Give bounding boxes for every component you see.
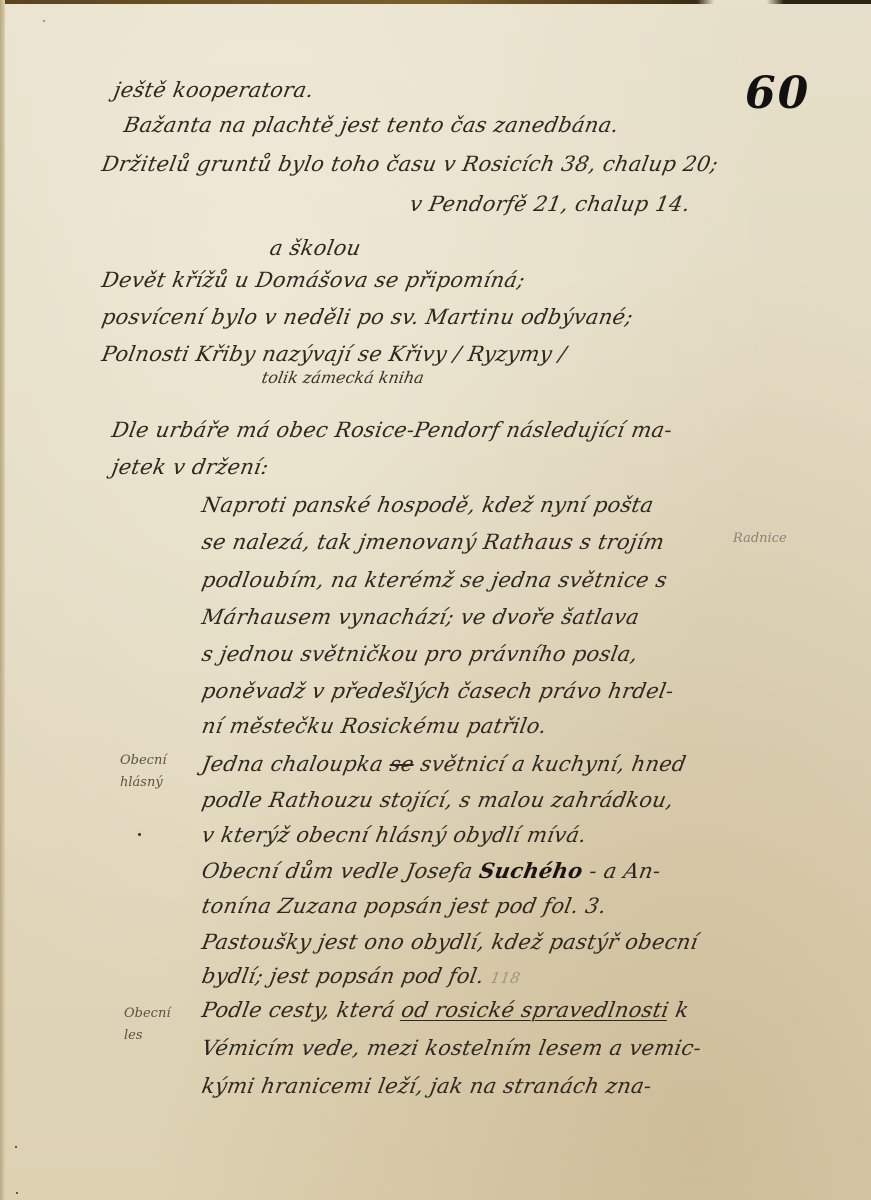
text-segment: světnicí a kuchyní, hned: [412, 752, 688, 776]
margin-note-line: Obecní: [120, 750, 166, 772]
text-line: v kterýž obecní hlásný obydlí mívá.: [200, 823, 588, 847]
margin-note-line: Obecní: [124, 1003, 170, 1025]
emphasized-name: Suchého: [477, 858, 585, 883]
page-number: 60: [745, 68, 810, 119]
text-line: Dle urbáře má obec Rosice-Pendorf násled…: [110, 418, 674, 442]
text-line: Pastoušky jest ono obydlí, kdež pastýř o…: [200, 930, 700, 954]
text-line: Obecní dům vedle Josefa Suchého - a An-: [200, 858, 663, 883]
text-line: kými hranicemi leží, jak na stranách zna…: [200, 1074, 654, 1098]
text-line: Podle cesty, která od rosické spravedlno…: [200, 998, 691, 1022]
text-line: se nalezá, tak jmenovaný Rathaus s trojí…: [200, 530, 666, 554]
text-segment: k: [667, 998, 691, 1022]
margin-note-line: les: [124, 1025, 170, 1047]
text-line: bydlí; jest popsán pod fol. 118: [200, 964, 523, 988]
text-line: Držitelů gruntů bylo toho času v Rosicíc…: [100, 152, 720, 176]
text-line: ještě kooperatora.: [112, 78, 316, 102]
margin-note-line: Radnice: [733, 528, 787, 550]
text-line: Polnosti Křiby nazývají se Křivy / Ryzym…: [100, 342, 568, 366]
ink-speck: [138, 833, 141, 836]
manuscript-page: 60 ještě kooperatora. Bažanta na plachtě…: [0, 0, 871, 1200]
text-line: ní městečku Rosickému patřilo.: [200, 714, 549, 738]
text-line: poněvadž v předešlých časech právo hrdel…: [200, 679, 676, 703]
underlined-phrase: od rosické spravedlnosti: [400, 998, 671, 1022]
text-line: Naproti panské hospodě, kdež nyní pošta: [200, 493, 656, 517]
text-line: tonína Zuzana popsán jest pod fol. 3.: [200, 894, 608, 918]
text-line: v Pendorfě 21, chalup 14.: [408, 192, 692, 216]
text-line: podloubím, na kterémž se jedna světnice …: [200, 568, 669, 592]
margin-note-obecni-les: Obecní les: [124, 1003, 170, 1047]
page-top-edge: [0, 0, 871, 4]
text-segment: Obecní dům vedle Josefa: [200, 859, 482, 883]
text-line: jetek v držení:: [110, 455, 271, 479]
ink-speck: [16, 1192, 18, 1194]
text-line: a školou: [268, 236, 363, 260]
page-left-edge: [0, 0, 5, 1200]
margin-note-radnice: Radnice: [733, 528, 787, 550]
margin-note-line: hlásný: [120, 772, 166, 794]
text-line: posvícení bylo v neděli po sv. Martinu o…: [100, 305, 635, 329]
text-line: Vémicím vede, mezi kostelním lesem a vem…: [200, 1036, 703, 1060]
text-segment: Podle cesty, která: [200, 998, 404, 1022]
margin-note-obecni-hlasny: Obecní hlásný: [120, 750, 166, 794]
interlinear-note: tolik zámecká kniha: [260, 368, 425, 387]
text-line: Devět křížů u Domášova se připomíná;: [100, 268, 527, 292]
text-segment: Jedna chaloupka: [200, 752, 392, 776]
ink-speck: [43, 20, 45, 22]
text-line: Jedna chaloupka se světnicí a kuchyní, h…: [200, 752, 688, 776]
text-line: Bažanta na plachtě jest tento čas zanedb…: [122, 113, 621, 137]
text-line: Márhausem vynachází; ve dvoře šatlava: [200, 605, 641, 629]
text-line: s jednou světničkou pro právního posla,: [200, 642, 640, 666]
text-segment: bydlí; jest popsán pod fol.: [200, 964, 493, 988]
pencil-folio-number: 118: [489, 969, 522, 987]
text-segment: - a An-: [581, 859, 663, 883]
ink-speck: [15, 1146, 17, 1148]
text-line: podle Rathouzu stojící, s malou zahrádko…: [200, 788, 675, 812]
